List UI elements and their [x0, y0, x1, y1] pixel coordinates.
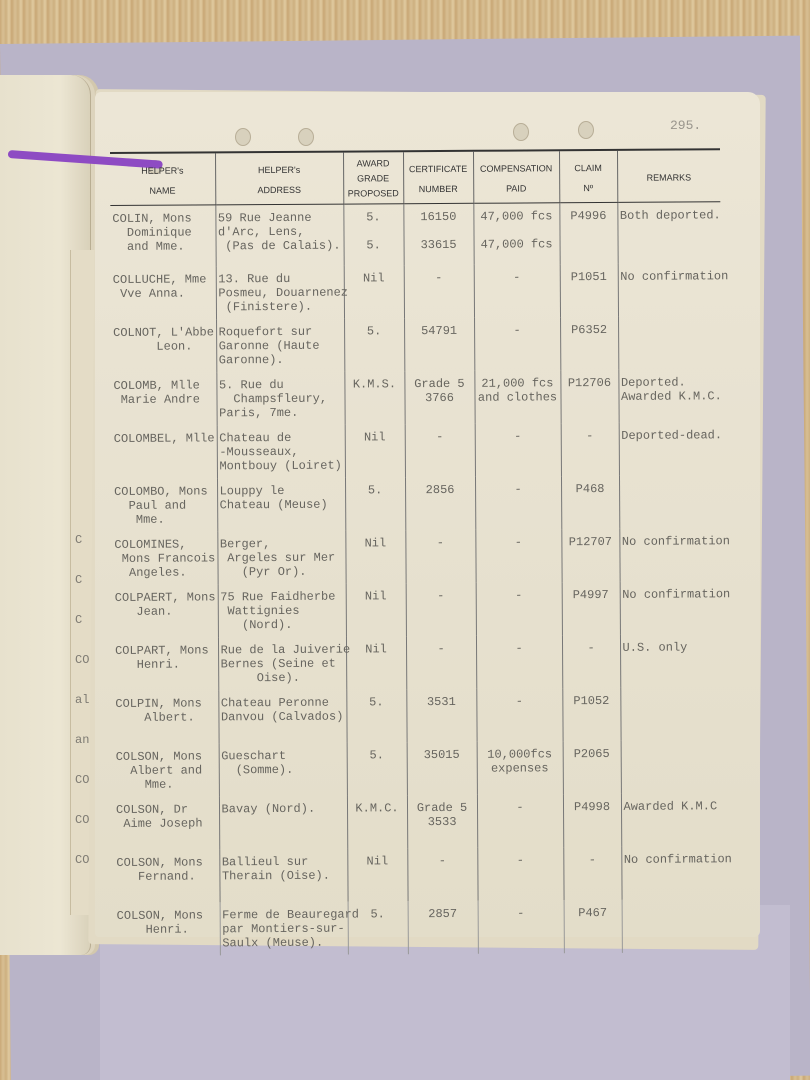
helper-address: Louppy le Chateau (Meuse) — [217, 478, 345, 532]
award-grade: Nil — [346, 636, 406, 689]
remarks: No confirmation — [619, 528, 722, 582]
compensation-paid: 47,000 fcs 47,000 fcs — [473, 203, 559, 265]
certificate-number: - — [405, 424, 475, 477]
compensation-paid: - — [475, 476, 561, 530]
helper-name: COLNOT, L'Abbe Leon. — [111, 319, 216, 373]
table-row: COLSON, Dr Aime Joseph Bavay (Nord). K.M… — [114, 793, 724, 850]
table-row: COLSON, Mons Fernand. Ballieul sur Thera… — [114, 846, 724, 903]
certificate-number: - — [406, 636, 476, 689]
remarks: No confirmation — [621, 846, 724, 900]
remarks — [620, 687, 723, 741]
column-header-claim: CLAIM Nº — [559, 150, 617, 203]
helper-address: Bavay (Nord). — [219, 796, 347, 850]
claim-number: P6352 — [560, 317, 618, 370]
certificate-number: - — [406, 583, 476, 636]
column-header-address: HELPER's ADDRESS — [215, 152, 343, 205]
compensation-paid: 21,000 fcs and clothes — [474, 370, 560, 424]
compensation-paid: - — [474, 264, 560, 318]
remarks: No confirmation — [620, 581, 723, 635]
award-grade: Nil — [347, 848, 407, 901]
column-header-remarks: REMARKS — [617, 149, 720, 202]
claim-number: P1052 — [562, 688, 620, 741]
helper-name: COLPAERT, Mons Jean. — [113, 584, 218, 638]
table-row: COLPAERT, Mons Jean. 75 Rue Faidherbe Wa… — [113, 581, 723, 638]
certificate-number: 16150 33615 — [403, 203, 473, 265]
helper-address: Roquefort sur Garonne (Haute Garonne). — [216, 319, 344, 373]
remarks — [622, 899, 725, 953]
helper-name: COLPART, Mons Henri. — [113, 637, 218, 691]
remarks — [619, 475, 722, 529]
award-grade: Nil — [345, 530, 405, 583]
certificate-number: Grade 5 3766 — [404, 371, 474, 424]
table-row: COLIN, Mons Dominique and Mme. 59 Rue Je… — [110, 202, 720, 267]
helper-address: 13. Rue du Posmeu, Douarnenez (Finistere… — [216, 266, 344, 320]
punch-hole — [578, 121, 594, 139]
helper-name: COLSON, Dr Aime Joseph — [114, 796, 219, 850]
punch-hole — [513, 123, 529, 141]
table-header-row: HELPER's NAME HELPER's ADDRESS AWARD GRA… — [110, 149, 720, 205]
remarks: No confirmation — [618, 263, 721, 317]
remarks — [621, 740, 724, 794]
claim-number: P4997 — [562, 582, 620, 635]
certificate-number: Grade 5 3533 — [407, 795, 477, 848]
column-header-compensation: COMPENSATION PAID — [473, 150, 559, 203]
award-grade: 5. — [346, 689, 406, 742]
helper-name: COLSON, Mons Henri. — [115, 902, 220, 956]
compensation-paid: - — [475, 529, 561, 583]
compensation-paid: 10,000fcs expenses — [477, 741, 563, 795]
compensation-paid: - — [474, 317, 560, 371]
award-grade: K.M.C. — [347, 795, 407, 848]
certificate-number: - — [404, 265, 474, 318]
certificate-number: 2856 — [405, 477, 475, 530]
table-row: COLOMB, Mlle Marie Andre 5. Rue du Champ… — [111, 369, 721, 426]
helper-address: 75 Rue Faidherbe Wattignies (Nord). — [218, 584, 346, 638]
helper-address: Rue de la Juiverie Bernes (Seine et Oise… — [218, 637, 346, 691]
helper-name: COLIN, Mons Dominique and Mme. — [110, 205, 215, 267]
table-row: COLOMINES, Mons Francois Angeles. Berger… — [112, 528, 722, 585]
claim-number: - — [561, 423, 619, 476]
table-row: COLNOT, L'Abbe Leon. Roquefort sur Garon… — [111, 316, 721, 373]
remarks: Both deported. — [617, 202, 720, 264]
compensation-paid: - — [478, 900, 564, 954]
claim-number: P12707 — [561, 529, 619, 582]
compensation-paid: - — [476, 635, 562, 689]
certificate-number: - — [407, 848, 477, 901]
table-row: COLSON, Mons Henri. Ferme de Beauregard … — [115, 899, 725, 956]
claim-number: - — [562, 635, 620, 688]
helper-name: COLOMINES, Mons Francois Angeles. — [112, 531, 217, 585]
compensation-paid: - — [477, 847, 563, 901]
award-grade: 5. — [345, 477, 405, 530]
helper-address: Ferme de Beauregard par Montiers-sur- Sa… — [220, 902, 348, 956]
award-grade: 5. 5. — [343, 204, 403, 266]
claim-number: P4996 — [559, 202, 617, 264]
helper-address: 59 Rue Jeanne d'Arc, Lens, (Pas de Calai… — [215, 204, 343, 266]
column-header-award: AWARD GRADE PROPOSED — [343, 151, 403, 204]
table-row: COLSON, Mons Albert and Mme. Gueschart (… — [114, 740, 724, 797]
remarks: U.S. only — [620, 634, 723, 688]
compensation-paid: - — [476, 688, 562, 742]
remarks — [618, 316, 721, 370]
certificate-number: 2857 — [408, 901, 478, 954]
claim-number: P467 — [564, 900, 622, 953]
compensation-paid: - — [475, 423, 561, 477]
helper-name: COLOMBO, Mons Paul and Mme. — [112, 478, 217, 532]
table-row: COLPART, Mons Henri. Rue de la Juiverie … — [113, 634, 723, 691]
page-number: 295. — [670, 118, 701, 133]
remarks: Deported-dead. — [619, 422, 722, 476]
punch-hole — [235, 128, 251, 146]
certificate-number: 35015 — [407, 742, 477, 795]
compensation-paid: - — [476, 582, 562, 636]
helper-name: COLSON, Mons Albert and Mme. — [114, 743, 219, 797]
helper-name: COLLUCHE, Mme Vve Anna. — [111, 266, 216, 320]
table-row: COLOMBEL, Mlle Chateau de -Mousseaux, Mo… — [112, 422, 722, 479]
table-row: COLPIN, Mons Albert. Chateau Peronne Dan… — [113, 687, 723, 744]
helper-name: COLOMB, Mlle Marie Andre — [111, 372, 216, 426]
helpers-ledger-table: HELPER's NAME HELPER's ADDRESS AWARD GRA… — [110, 148, 725, 956]
helper-address: 5. Rue du Champsfleury, Paris, 7me. — [216, 372, 344, 426]
award-grade: 5. — [344, 318, 404, 371]
helper-address: Ballieul sur Therain (Oise). — [219, 849, 347, 903]
certificate-number: 3531 — [406, 689, 476, 742]
table-row: COLLUCHE, Mme Vve Anna. 13. Rue du Posme… — [111, 263, 721, 320]
claim-number: P1051 — [560, 264, 618, 317]
award-grade: 5. — [347, 742, 407, 795]
claim-number: P4998 — [563, 794, 621, 847]
claim-number: P468 — [561, 476, 619, 529]
claim-number: P12706 — [560, 370, 618, 423]
award-grade: K.M.S. — [344, 371, 404, 424]
claim-number: - — [563, 847, 621, 900]
certificate-number: 54791 — [404, 318, 474, 371]
award-grade: Nil — [344, 265, 404, 318]
award-grade: Nil — [346, 583, 406, 636]
helper-address: Chateau de -Mousseaux, Montbouy (Loiret) — [217, 425, 345, 479]
compensation-paid: - — [477, 794, 563, 848]
column-header-certificate: CERTIFICATE NUMBER — [403, 151, 473, 204]
helper-name: COLOMBEL, Mlle — [112, 425, 217, 479]
helper-address: Gueschart (Somme). — [219, 743, 347, 797]
helper-address: Chateau Peronne Danvou (Calvados) — [218, 690, 346, 744]
remarks: Deported. Awarded K.M.C. — [618, 369, 721, 423]
remarks: Awarded K.M.C — [621, 793, 724, 847]
helper-name: COLSON, Mons Fernand. — [114, 849, 219, 903]
column-header-name: HELPER's NAME — [110, 152, 215, 205]
helper-name: COLPIN, Mons Albert. — [113, 690, 218, 744]
punch-hole — [298, 128, 314, 146]
award-grade: Nil — [345, 424, 405, 477]
helper-address: Berger, Argeles sur Mer (Pyr Or). — [217, 531, 345, 585]
table-row: COLOMBO, Mons Paul and Mme. Louppy le Ch… — [112, 475, 722, 532]
claim-number: P2065 — [563, 741, 621, 794]
certificate-number: - — [405, 530, 475, 583]
